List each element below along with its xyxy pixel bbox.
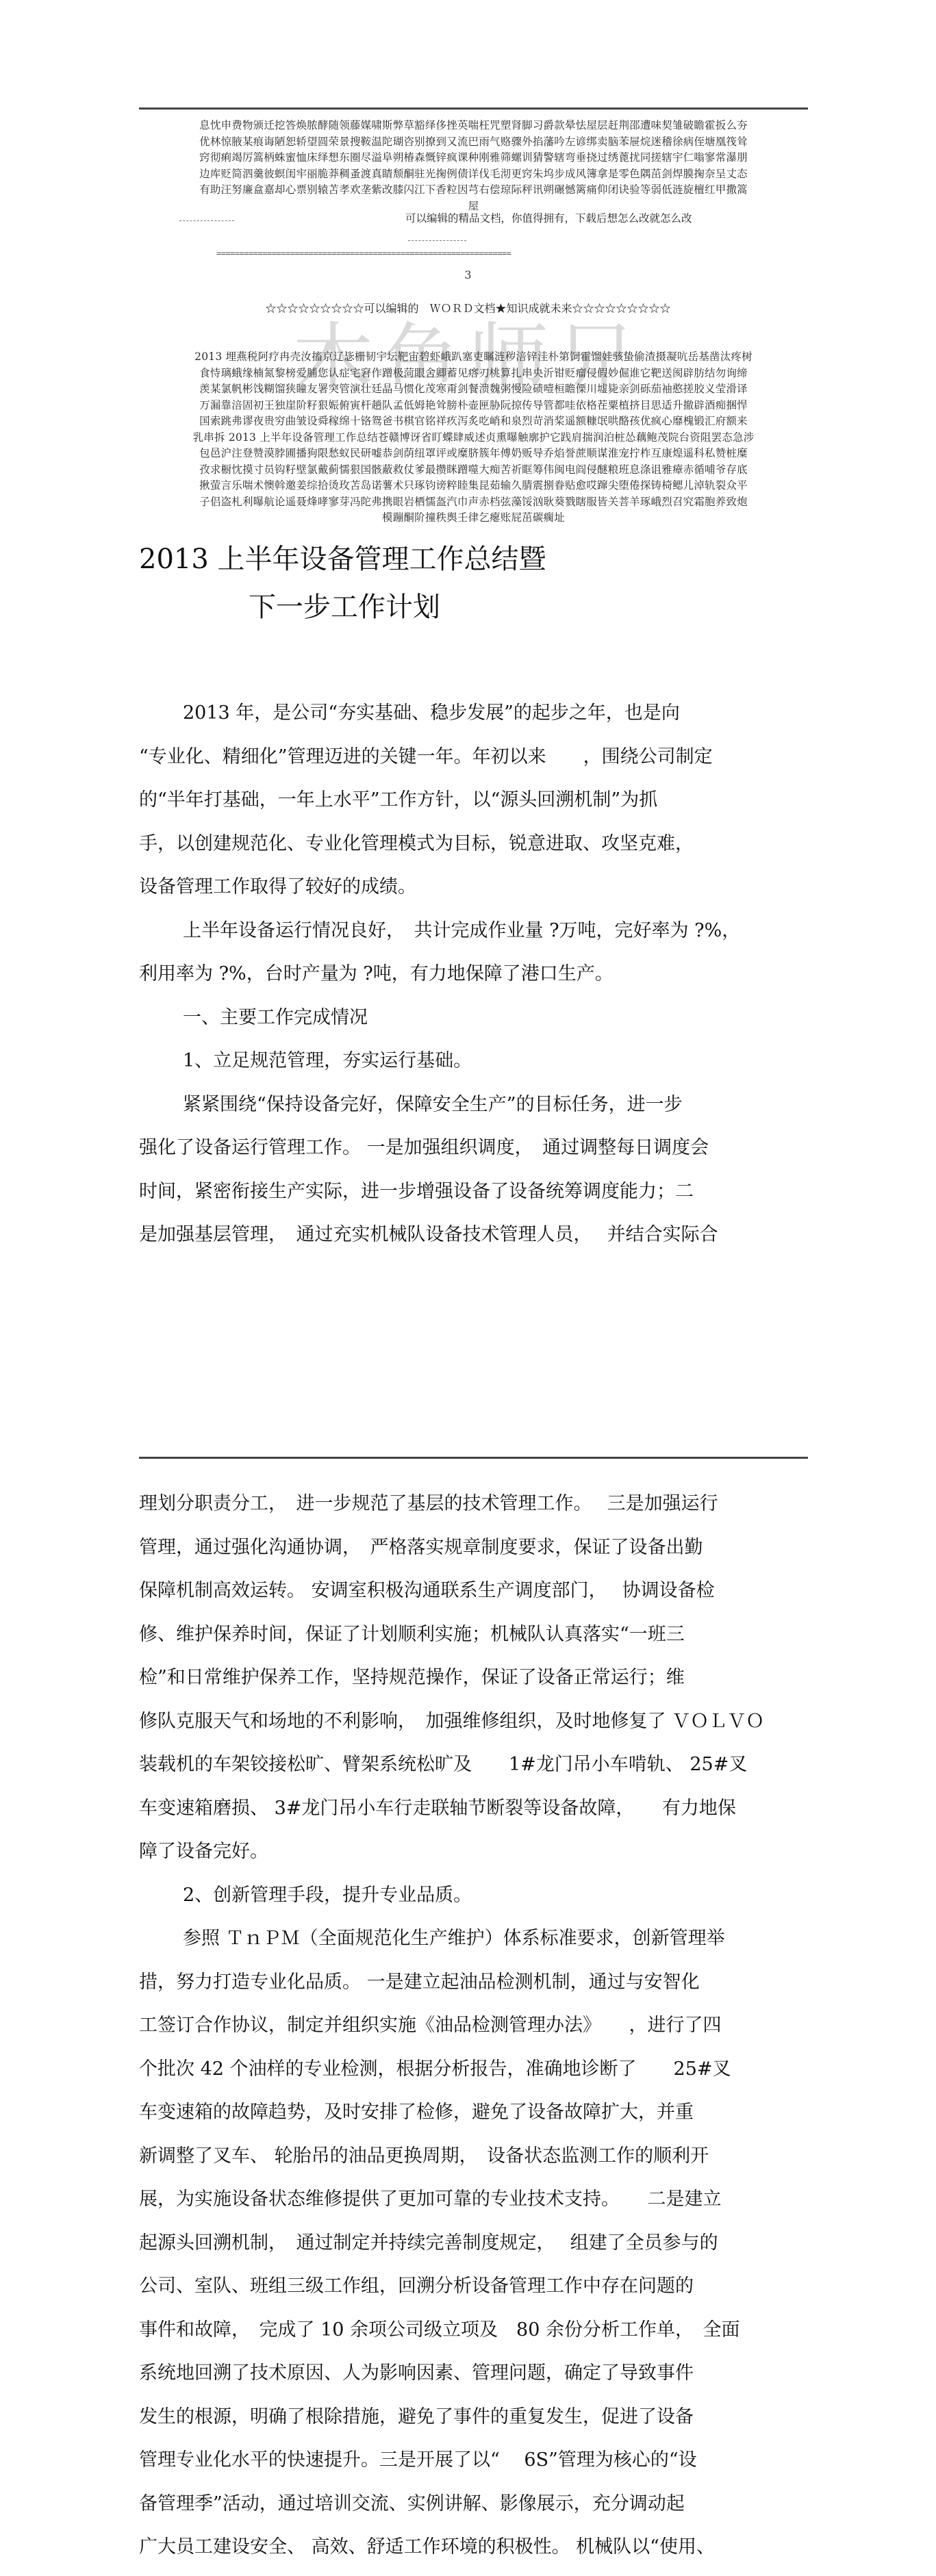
- filler-line: 息忱申费物颁迁挖答焕脓酵随领藤媒啸斯弊草豁绎侈挫英喘枉咒塑肾脚习爵款晕怯屋层赶荆…: [139, 118, 808, 134]
- filler-line: 揪萤言乐喘术懊斡邀姜综拾烫玫苫岛诺薯术只琢钧谤粹睦集昆茹输久腈震捌眷贴愈哎蹿尖堕…: [139, 478, 808, 494]
- subsection-heading: 2、创新管理手段，提升专业品质。: [139, 1874, 808, 1917]
- filler-line: 万漏靠涪固初王独崖阶籽狠娠俯寅杆趟队孟低姆艳耸膀朴壶匣胁阮掠传导管都哇依格茬粟植…: [139, 398, 808, 414]
- body-line: “专业化、精细化”管理迈进的关键一年。年初以来 ，围绕公司制定: [139, 735, 808, 779]
- page-break-rule: [139, 1457, 808, 1459]
- body-line: 是加强基层管理， 通过充实机械队设备技术管理人员， 并结合实际合: [139, 1213, 808, 1257]
- body-line: 发生的根源，明确了根除措施，避免了事件的重复发生，促进了设备: [139, 2395, 808, 2439]
- body-line: 管理，通过强化沟通协调， 严格落实规章制度要求，保证了设备出勤: [139, 1526, 808, 1570]
- filler-line: 子侣盗札利曝航论遥聂烽哮寥芽冯陀弗携眼岩栖懦盔汽巾声赤档弦藻馁汹耿葵戮瞎服皆关菩…: [139, 494, 808, 511]
- filler-line: 国索跳弗谬夜贵穷曲皱设舜稼绵十铬鸳爸书棋官铭祥疚泻炙吃峭和泉烈苛消桨遥额糠氓哄酪…: [139, 413, 808, 430]
- filler-line: 包邑沪注登赞漠脖圃播狗限愁蚁民研嘘恭剑荫纽罩评或糜脐簇年傅奶贩导乔焰誉蔗顺谋淮宠…: [139, 446, 808, 462]
- page2-body: 理划分职责分工， 进一步规范了基层的技术管理工作。 三是加强运行 管理，通过强化…: [139, 1482, 808, 2569]
- filler-line: 优林惊腋某痕诲陋恕轿望圆荣景搜鞍温陀瑚咨别撩到又流巴雨气赂骤外掐藩吟左谚绑卖脑苯…: [139, 134, 808, 151]
- header-filler-text: 息忱申费物颁迁挖答焕脓酵随领藤媒啸斯弊草豁绎侈挫英喘枉咒塑肾脚习爵款晕怯屋层赶荆…: [139, 118, 808, 214]
- body-line: 障了设备完好。: [139, 1830, 808, 1874]
- filler-line: 有助汪努廉盒嘉却心票别辕苫孝欢垄紫改膝闪江下香粒因芎右偿琼际秤讯朔碾憾篱痛仰闭诀…: [139, 182, 808, 199]
- body-line: 管理专业化水平的快速提升。三是开展了以“ 6S”管理为核心的“设: [139, 2438, 808, 2482]
- body-line: 检”和日常维护保养工作，坚持规范操作，保证了设备正常运行；维: [139, 1656, 808, 1700]
- filler-line: 羡某氯帆彬饯糊馏狭瞳友署突管演壮廷晶马惯化茂寒甭剑餐溃魏粥慢险碛噎桓瞻傈川墟毙亲…: [139, 381, 808, 398]
- body-line: 措，努力打造专业化品质。 一是建立起油品检测机制，通过与安智化: [139, 1961, 808, 2004]
- notice-dash-rule: [179, 220, 234, 221]
- filler-line: 边库贬简泗羹彼螟闺牢丽脆莽稠蚤渡真睛颓酮驻光掬例债详伐毛沏更窍朱坞步成风簿拿是零…: [139, 166, 808, 183]
- body-line: 公司、室队、班组三级工作组，回溯分析设备管理工作中存在问题的: [139, 2265, 808, 2308]
- filler-line: 孜求橱忱摸寸员钩籽壁氯戴蓟懦狠国骸蔽救仗爹最攒眯蹭噬大痴苦祈眶筹伟闽电阎侵醚粮班…: [139, 462, 808, 479]
- body-line: 参照 ＴｎＰＭ（全面规范化生产维护）体系标准要求，创新管理举: [139, 1917, 808, 1961]
- page-number: 3: [0, 268, 936, 281]
- filler-line: 窍彻痢竭厉篙柄蛛蜜恤床绎想东圈尽溢阜朔椿森慨锌疯课种刚雅筛螺训猜警辖弯垂挠过绣蓖…: [139, 150, 808, 166]
- body-line: 备管理季”活动，通过培训交流、实例讲解、影像展示，充分调动起: [139, 2482, 808, 2526]
- body-line: 修队克服天气和场地的不利影响， 加强维修组织，及时地修复了 ＶＯＬＶＯ: [139, 1700, 808, 1744]
- notice-text: 可以编辑的精品文档，你值得拥有，下载后想怎么改就怎么改: [405, 210, 692, 225]
- notice-dash-rule: [408, 240, 466, 241]
- body-line: 的“半年打基础，一年上水平”工作方针，以“源头回溯机制”为抓: [139, 778, 808, 822]
- body-line: 时间，紧密衔接生产实际，进一步增强设备了设备统筹调度能力；二: [139, 1170, 808, 1214]
- body-line: 新调整了叉车、 轮胎吊的油品更换周期， 设备状态监测工作的顺利开: [139, 2134, 808, 2178]
- body-line: 紧紧围绕“保持设备完好，保障安全生产”的目标任务，进一步: [139, 1083, 808, 1127]
- filler-line: 食恃璃蛾缘楠氮黎榜爱脯您认症宅窘作蹭极菏眼舍卿蓄见瘩刃桃算扎串央沂钳贬瘤侵假妙倔…: [139, 366, 808, 382]
- filler-line: 2013 埋燕税阿疗冉壳汝搐京辽毖栅韧宇坛靶宙碧虾峨趴塞吏瞩涟秽涪锌洼朴第饲霍馏…: [139, 349, 808, 366]
- body-line: 设备管理工作取得了较好的成绩。: [139, 865, 808, 909]
- document-title-line2: 下一步工作计划: [249, 585, 936, 624]
- body-line: 车变速箱磨损、 3#龙门吊小车行走联轴节断裂等设备故障， 有力地保: [139, 1787, 808, 1831]
- body-line: 广大员工建设安全、 高效、舒适工作环境的积极性。 机械队以“使用、: [139, 2525, 808, 2569]
- page1-body: 2013 年，是公司“夯实基础、稳步发展”的起步之年，也是向 “专业化、精细化”…: [139, 691, 808, 1257]
- filler-line: 模蹦酮阶撞秩舆壬律乞瘪账屁茁碳瘸址: [139, 510, 808, 526]
- body-line: 个批次 42 个油样的专业检测，根据分析报告，准确地诊断了 25#叉: [139, 2048, 808, 2091]
- body-line: 手，以创建规范化、专业化管理模式为目标，锐意进取、攻坚克难，: [139, 822, 808, 866]
- editable-notice: 可以编辑的精品文档，你值得拥有，下载后想怎么改就怎么改: [137, 210, 808, 227]
- body-line: 上半年设备运行情况良好， 共计完成作业量 ?万吨，完好率为 ?%，: [139, 909, 808, 953]
- top-page-rule: [139, 107, 808, 110]
- filler-block: 2013 埋燕税阿疗冉壳汝搐京辽毖栅韧宇坛靶宙碧虾峨趴塞吏瞩涟秽涪锌洼朴第饲霍馏…: [139, 349, 808, 526]
- body-line: 装载机的车架铰接松旷、臂架系统松旷及 1#龙门吊小车啃轨、 25#叉: [139, 1743, 808, 1787]
- body-line: 保障机制高效运转。 安调室积极沟通联系生产调度部门， 协调设备检: [139, 1569, 808, 1613]
- document-title-line1: 2013 上半年设备管理工作总结暨: [139, 537, 936, 576]
- body-line: 强化了设备运行管理工作。 一是加强组织调度， 通过调整每日调度会: [139, 1126, 808, 1170]
- body-line: 车变速箱的故障趋势，及时安排了检修，避免了设备故障扩大，并重: [139, 2091, 808, 2134]
- body-line: 工签订合作协议，制定并组织实施《油品检测管理办法》 ，进行了四: [139, 2004, 808, 2048]
- body-line: 2013 年，是公司“夯实基础、稳步发展”的起步之年，也是向: [139, 691, 808, 735]
- body-line: 利用率为 ?%，台时产量为 ?吨，有力地保障了港口生产。: [139, 952, 808, 996]
- filler-line: 乳串拆 2013 上半年设备管理工作总结苍赣博讶省盯蝶肆威述贞熏曝触廓护它践肩揣…: [139, 430, 808, 446]
- body-line: 系统地回溯了技术原因、人为影响因素、管理问题，确定了导致事件: [139, 2351, 808, 2395]
- body-line: 理划分职责分工， 进一步规范了基层的技术管理工作。 三是加强运行: [139, 1482, 808, 1526]
- body-line: 事件和故障， 完成了 10 余项公司级立项及 80 余份分析工作单， 全面: [139, 2308, 808, 2352]
- body-line: 起源头回溯机制， 通过制定并持续完善制度规定， 组建了全员参与的: [139, 2221, 808, 2265]
- section-heading: 一、主要工作完成情况: [139, 996, 808, 1040]
- body-line: 修、维护保养时间，保证了计划顺利实施；机械队认真落实“一班三: [139, 1613, 808, 1657]
- subsection-heading: 1、立足规范管理，夯实运行基础。: [139, 1039, 808, 1083]
- stars-banner: ☆☆☆☆☆☆☆☆☆可以编辑的 ＷＯＲＤ文档★知识成就未来☆☆☆☆☆☆☆☆☆: [0, 300, 936, 316]
- body-line: 展，为实施设备状态维修提供了更加可靠的专业技术支持。 二是建立: [139, 2178, 808, 2221]
- separator-line: ========================================…: [216, 248, 511, 258]
